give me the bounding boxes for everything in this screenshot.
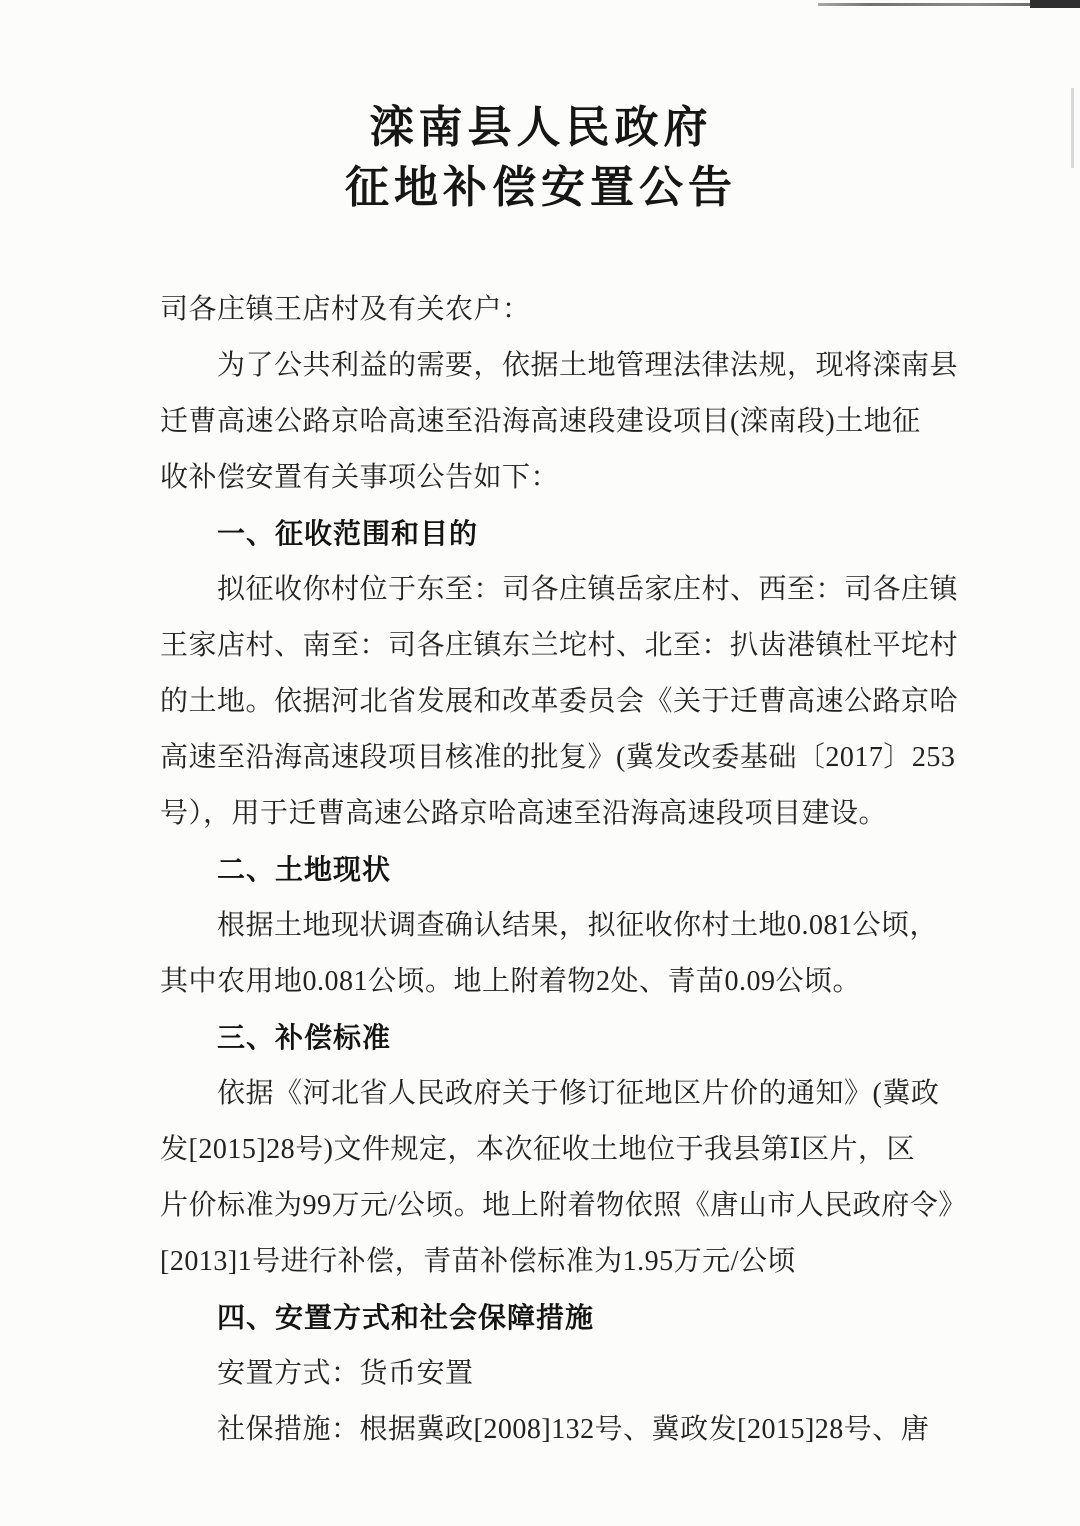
- document-body: 滦南县人民政府 征地补偿安置公告 司各庄镇王店村及有关农户： 为了公共利益的需要…: [0, 98, 1080, 1458]
- section-1-line: 号），用于迁曹高速公路京哈高速至沿海高速段项目建设。: [160, 786, 952, 842]
- section-3-heading: 三、补偿标准: [160, 1010, 952, 1066]
- section-3-line: [2013]1号进行补偿，青苗补偿标准为1.95万元/公顷: [160, 1234, 952, 1290]
- title-line-1: 滦南县人民政府: [160, 98, 922, 158]
- section-4-heading: 四、安置方式和社会保障措施: [160, 1290, 952, 1346]
- section-2-line: 其中农用地0.081公顷。地上附着物2处、青苗0.09公顷。: [160, 954, 952, 1010]
- intro-line: 收补偿安置有关事项公告如下：: [160, 450, 952, 506]
- section-4-line: 安置方式：货币安置: [160, 1346, 952, 1402]
- section-4-line: 社保措施：根据冀政[2008]132号、冀政发[2015]28号、唐: [160, 1402, 952, 1458]
- scan-artifact-corner: [1030, 0, 1080, 8]
- section-1-heading: 一、征收范围和目的: [160, 506, 952, 562]
- section-1-line: 拟征收你村位于东至：司各庄镇岳家庄村、西至：司各庄镇: [160, 562, 952, 618]
- scanned-document-page: 滦南县人民政府 征地补偿安置公告 司各庄镇王店村及有关农户： 为了公共利益的需要…: [0, 0, 1080, 1526]
- section-1-line: 王家店村、南至：司各庄镇东兰坨村、北至：扒齿港镇杜平坨村: [160, 618, 952, 674]
- section-1-line: 高速至沿海高速段项目核准的批复》(冀发改委基础〔2017〕253: [160, 730, 952, 786]
- title-line-2: 征地补偿安置公告: [160, 158, 922, 218]
- section-2-line: 根据土地现状调查确认结果，拟征收你村土地0.081公顷，: [160, 898, 952, 954]
- salutation-line: 司各庄镇王店村及有关农户：: [160, 282, 952, 338]
- section-2-heading: 二、土地现状: [160, 842, 952, 898]
- section-3-line: 依据《河北省人民政府关于修订征地区片价的通知》(冀政: [160, 1066, 952, 1122]
- section-1-line: 的土地。依据河北省发展和改革委员会《关于迁曹高速公路京哈: [160, 674, 952, 730]
- section-3-line: 发[2015]28号)文件规定，本次征收土地位于我县第Ⅰ区片，区: [160, 1122, 952, 1178]
- intro-line: 迁曹高速公路京哈高速至沿海高速段建设项目(滦南段)土地征: [160, 394, 952, 450]
- intro-line: 为了公共利益的需要，依据土地管理法律法规，现将滦南县: [160, 338, 952, 394]
- section-3-line: 片价标准为99万元/公顷。地上附着物依照《唐山市人民政府令》: [160, 1178, 952, 1234]
- document-title: 滦南县人民政府 征地补偿安置公告: [160, 98, 952, 218]
